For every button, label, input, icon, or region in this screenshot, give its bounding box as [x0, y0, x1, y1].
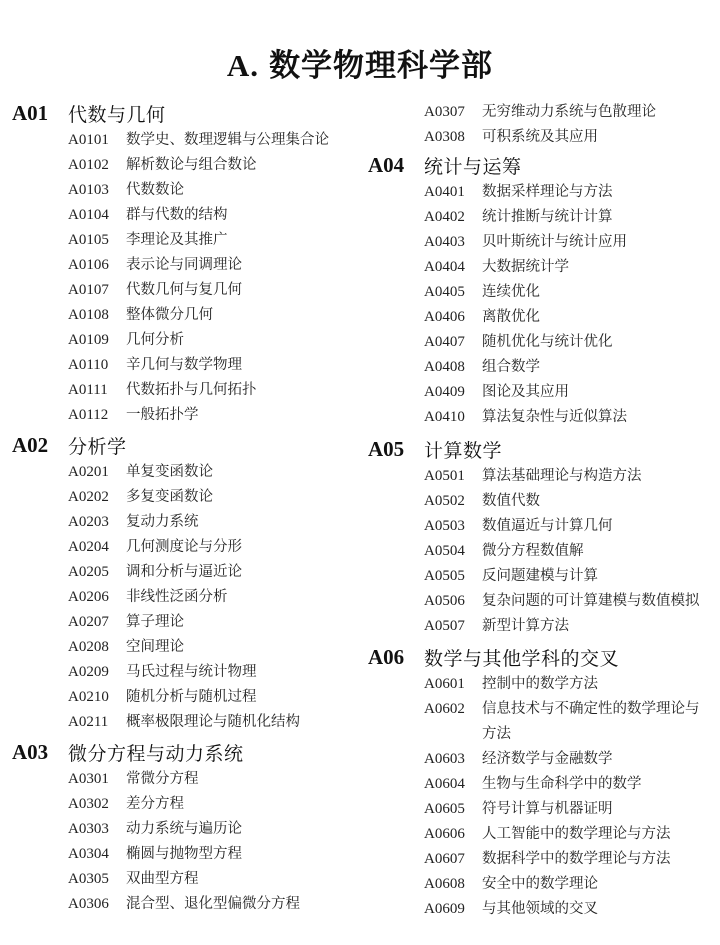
item-code: A0209: [68, 660, 126, 685]
item-code: A0506: [424, 589, 482, 614]
list-item: A0408组合数学: [368, 355, 713, 380]
item-name: 非线性泛函分析: [126, 585, 356, 610]
list-item: A0304椭圆与抛物型方程: [12, 842, 357, 867]
item-name: 一般拓扑学: [126, 403, 356, 428]
item-name: 常微分方程: [126, 767, 356, 792]
list-item: A0602信息技术与不确定性的数学理论与方法: [368, 697, 713, 747]
list-item: A0210随机分析与随机过程: [12, 685, 357, 710]
item-code: A0606: [424, 822, 482, 847]
item-code: A0603: [424, 747, 482, 772]
page-title-name: 数学物理科学部: [269, 48, 493, 84]
item-code: A0111: [68, 378, 126, 403]
item-name: 符号计算与机器证明: [482, 797, 712, 822]
item-name: 无穷维动力系统与色散理论: [482, 100, 712, 125]
item-name: 数学史、数理逻辑与公理集合论: [126, 128, 356, 153]
item-name: 生物与生命科学中的数学: [482, 772, 712, 797]
item-code: A0112: [68, 403, 126, 428]
list-item: A0110辛几何与数学物理: [12, 353, 357, 378]
list-item: A0501算法基础理论与构造方法: [368, 464, 713, 489]
section-title: 数学与其他学科的交叉: [424, 644, 619, 671]
item-code: A0104: [68, 203, 126, 228]
item-code: A0401: [424, 180, 482, 205]
list-item: A0107代数几何与复几何: [12, 278, 357, 303]
item-code: A0407: [424, 330, 482, 355]
list-item: A0112一般拓扑学: [12, 403, 357, 428]
list-item: A0504微分方程数值解: [368, 539, 713, 564]
list-item: A0403贝叶斯统计与统计应用: [368, 230, 713, 255]
section-a01: A01代数与几何A0101数学史、数理逻辑与公理集合论A0102解析数论与组合数…: [12, 98, 357, 428]
list-item: A0308可积系统及其应用: [368, 125, 713, 150]
item-code: A0206: [68, 585, 126, 610]
item-name: 连续优化: [482, 280, 712, 305]
section-header: A02分析学: [12, 430, 357, 460]
item-name: 动力系统与遍历论: [126, 817, 356, 842]
list-item: A0306混合型、退化型偏微分方程: [12, 892, 357, 917]
item-name: 复杂问题的可计算建模与数值模拟: [482, 589, 712, 614]
list-item: A0106表示论与同调理论: [12, 253, 357, 278]
item-code: A0103: [68, 178, 126, 203]
item-name: 代数拓扑与几何拓扑: [126, 378, 356, 403]
item-code: A0608: [424, 872, 482, 897]
item-name: 双曲型方程: [126, 867, 356, 892]
list-item: A0103代数数论: [12, 178, 357, 203]
item-code: A0303: [68, 817, 126, 842]
list-item: A0609与其他领域的交叉: [368, 897, 713, 922]
item-code: A0305: [68, 867, 126, 892]
list-item: A0409图论及其应用: [368, 380, 713, 405]
item-name: 算子理论: [126, 610, 356, 635]
item-code: A0211: [68, 710, 126, 735]
item-name: 代数数论: [126, 178, 356, 203]
item-code: A0101: [68, 128, 126, 153]
item-name: 微分方程数值解: [482, 539, 712, 564]
item-name: 数据采样理论与方法: [482, 180, 712, 205]
list-item: A0410算法复杂性与近似算法: [368, 405, 713, 430]
item-name: 安全中的数学理论: [482, 872, 712, 897]
list-item: A0604生物与生命科学中的数学: [368, 772, 713, 797]
item-code: A0601: [424, 672, 482, 697]
list-item: A0108整体微分几何: [12, 303, 357, 328]
item-code: A0402: [424, 205, 482, 230]
item-name: 人工智能中的数学理论与方法: [482, 822, 712, 847]
item-name: 统计推断与统计计算: [482, 205, 712, 230]
section-title: 微分方程与动力系统: [68, 739, 244, 766]
item-name: 群与代数的结构: [126, 203, 356, 228]
item-code: A0404: [424, 255, 482, 280]
item-name: 数值代数: [482, 489, 712, 514]
list-item: A0607数据科学中的数学理论与方法: [368, 847, 713, 872]
item-code: A0410: [424, 405, 482, 430]
item-code: A0105: [68, 228, 126, 253]
section-title: 计算数学: [424, 436, 502, 463]
section-a05: A05计算数学A0501算法基础理论与构造方法A0502数值代数A0503数值逼…: [368, 434, 713, 639]
list-item: A0507新型计算方法: [368, 614, 713, 639]
list-item: A0305双曲型方程: [12, 867, 357, 892]
list-item: A0208空间理论: [12, 635, 357, 660]
list-item: A0601控制中的数学方法: [368, 672, 713, 697]
item-name: 离散优化: [482, 305, 712, 330]
list-item: A0303动力系统与遍历论: [12, 817, 357, 842]
page-title-code: A.: [227, 48, 259, 83]
item-code: A0301: [68, 767, 126, 792]
item-code: A0204: [68, 535, 126, 560]
item-name: 反问题建模与计算: [482, 564, 712, 589]
item-name: 组合数学: [482, 355, 712, 380]
list-item: A0206非线性泛函分析: [12, 585, 357, 610]
item-code: A0503: [424, 514, 482, 539]
section-code: A02: [12, 433, 68, 458]
item-name: 几何分析: [126, 328, 356, 353]
list-item: A0201单复变函数论: [12, 460, 357, 485]
item-name: 混合型、退化型偏微分方程: [126, 892, 356, 917]
item-name: 调和分析与逼近论: [126, 560, 356, 585]
item-name: 李理论及其推广: [126, 228, 356, 253]
item-name: 数值逼近与计算几何: [482, 514, 712, 539]
list-item: A0202多复变函数论: [12, 485, 357, 510]
list-item: A0402统计推断与统计计算: [368, 205, 713, 230]
list-item: A0111代数拓扑与几何拓扑: [12, 378, 357, 403]
section-header: A06数学与其他学科的交叉: [368, 642, 713, 672]
item-code: A0502: [424, 489, 482, 514]
item-name: 解析数论与组合数论: [126, 153, 356, 178]
section-code: A04: [368, 153, 424, 178]
item-code: A0406: [424, 305, 482, 330]
item-code: A0308: [424, 125, 482, 150]
list-item: A0211概率极限理论与随机化结构: [12, 710, 357, 735]
item-name: 随机分析与随机过程: [126, 685, 356, 710]
page-title: A.数学物理科学部: [0, 40, 720, 85]
item-code: A0501: [424, 464, 482, 489]
item-name: 经济数学与金融数学: [482, 747, 712, 772]
list-item: A0104群与代数的结构: [12, 203, 357, 228]
list-item: A0302差分方程: [12, 792, 357, 817]
list-item: A0209马氏过程与统计物理: [12, 660, 357, 685]
section-a04: A04统计与运筹A0401数据采样理论与方法A0402统计推断与统计计算A040…: [368, 150, 713, 430]
list-item: A0207算子理论: [12, 610, 357, 635]
item-code: A0505: [424, 564, 482, 589]
list-item: A0502数值代数: [368, 489, 713, 514]
item-code: A0507: [424, 614, 482, 639]
section-header: A03微分方程与动力系统: [12, 737, 357, 767]
section-header: A01代数与几何: [12, 98, 357, 128]
item-code: A0405: [424, 280, 482, 305]
item-name: 马氏过程与统计物理: [126, 660, 356, 685]
section-header: A04统计与运筹: [368, 150, 713, 180]
item-code: A0208: [68, 635, 126, 660]
list-item: A0407随机优化与统计优化: [368, 330, 713, 355]
list-item: A0605符号计算与机器证明: [368, 797, 713, 822]
item-code: A0607: [424, 847, 482, 872]
section-code: A05: [368, 437, 424, 462]
item-name: 空间理论: [126, 635, 356, 660]
list-item: A0102解析数论与组合数论: [12, 153, 357, 178]
section-title: 统计与运筹: [424, 152, 522, 179]
item-name: 椭圆与抛物型方程: [126, 842, 356, 867]
item-code: A0109: [68, 328, 126, 353]
item-code: A0609: [424, 897, 482, 922]
item-code: A0102: [68, 153, 126, 178]
item-code: A0202: [68, 485, 126, 510]
item-code: A0408: [424, 355, 482, 380]
list-item: A0503数值逼近与计算几何: [368, 514, 713, 539]
section-title: 代数与几何: [68, 100, 166, 127]
section-continued: A0307无穷维动力系统与色散理论A0308可积系统及其应用: [368, 100, 713, 150]
list-item: A0506复杂问题的可计算建模与数值模拟: [368, 589, 713, 614]
item-code: A0106: [68, 253, 126, 278]
list-item: A0301常微分方程: [12, 767, 357, 792]
list-item: A0204几何测度论与分形: [12, 535, 357, 560]
list-item: A0404大数据统计学: [368, 255, 713, 280]
item-name: 概率极限理论与随机化结构: [126, 710, 356, 735]
item-name: 贝叶斯统计与统计应用: [482, 230, 712, 255]
item-name: 整体微分几何: [126, 303, 356, 328]
item-code: A0604: [424, 772, 482, 797]
section-a06: A06数学与其他学科的交叉A0601控制中的数学方法A0602信息技术与不确定性…: [368, 642, 713, 922]
list-item: A0608安全中的数学理论: [368, 872, 713, 897]
item-code: A0602: [424, 697, 482, 722]
list-item: A0405连续优化: [368, 280, 713, 305]
item-name: 辛几何与数学物理: [126, 353, 356, 378]
item-name: 数据科学中的数学理论与方法: [482, 847, 712, 872]
section-code: A06: [368, 645, 424, 670]
item-code: A0307: [424, 100, 482, 125]
item-name: 信息技术与不确定性的数学理论与方法: [482, 697, 712, 747]
item-code: A0201: [68, 460, 126, 485]
list-item: A0105李理论及其推广: [12, 228, 357, 253]
item-code: A0107: [68, 278, 126, 303]
item-name: 复动力系统: [126, 510, 356, 535]
list-item: A0203复动力系统: [12, 510, 357, 535]
item-code: A0203: [68, 510, 126, 535]
section-title: 分析学: [68, 432, 127, 459]
item-name: 代数几何与复几何: [126, 278, 356, 303]
item-code: A0108: [68, 303, 126, 328]
item-code: A0302: [68, 792, 126, 817]
section-code: A03: [12, 740, 68, 765]
list-item: A0101数学史、数理逻辑与公理集合论: [12, 128, 357, 153]
list-item: A0307无穷维动力系统与色散理论: [368, 100, 713, 125]
section-a02: A02分析学A0201单复变函数论A0202多复变函数论A0203复动力系统A0…: [12, 430, 357, 735]
item-code: A0409: [424, 380, 482, 405]
item-name: 与其他领域的交叉: [482, 897, 712, 922]
list-item: A0406离散优化: [368, 305, 713, 330]
item-code: A0205: [68, 560, 126, 585]
item-code: A0304: [68, 842, 126, 867]
item-name: 多复变函数论: [126, 485, 356, 510]
list-item: A0109几何分析: [12, 328, 357, 353]
item-code: A0605: [424, 797, 482, 822]
item-code: A0207: [68, 610, 126, 635]
item-name: 可积系统及其应用: [482, 125, 712, 150]
item-name: 表示论与同调理论: [126, 253, 356, 278]
item-code: A0210: [68, 685, 126, 710]
item-code: A0306: [68, 892, 126, 917]
item-name: 算法基础理论与构造方法: [482, 464, 712, 489]
section-a03: A03微分方程与动力系统A0301常微分方程A0302差分方程A0303动力系统…: [12, 737, 357, 917]
item-name: 大数据统计学: [482, 255, 712, 280]
list-item: A0401数据采样理论与方法: [368, 180, 713, 205]
item-name: 单复变函数论: [126, 460, 356, 485]
item-code: A0504: [424, 539, 482, 564]
item-name: 差分方程: [126, 792, 356, 817]
item-code: A0403: [424, 230, 482, 255]
item-name: 算法复杂性与近似算法: [482, 405, 712, 430]
list-item: A0603经济数学与金融数学: [368, 747, 713, 772]
item-name: 新型计算方法: [482, 614, 712, 639]
item-name: 图论及其应用: [482, 380, 712, 405]
list-item: A0205调和分析与逼近论: [12, 560, 357, 585]
item-code: A0110: [68, 353, 126, 378]
section-code: A01: [12, 101, 68, 126]
list-item: A0606人工智能中的数学理论与方法: [368, 822, 713, 847]
item-name: 控制中的数学方法: [482, 672, 712, 697]
item-name: 随机优化与统计优化: [482, 330, 712, 355]
item-name: 几何测度论与分形: [126, 535, 356, 560]
section-header: A05计算数学: [368, 434, 713, 464]
list-item: A0505反问题建模与计算: [368, 564, 713, 589]
